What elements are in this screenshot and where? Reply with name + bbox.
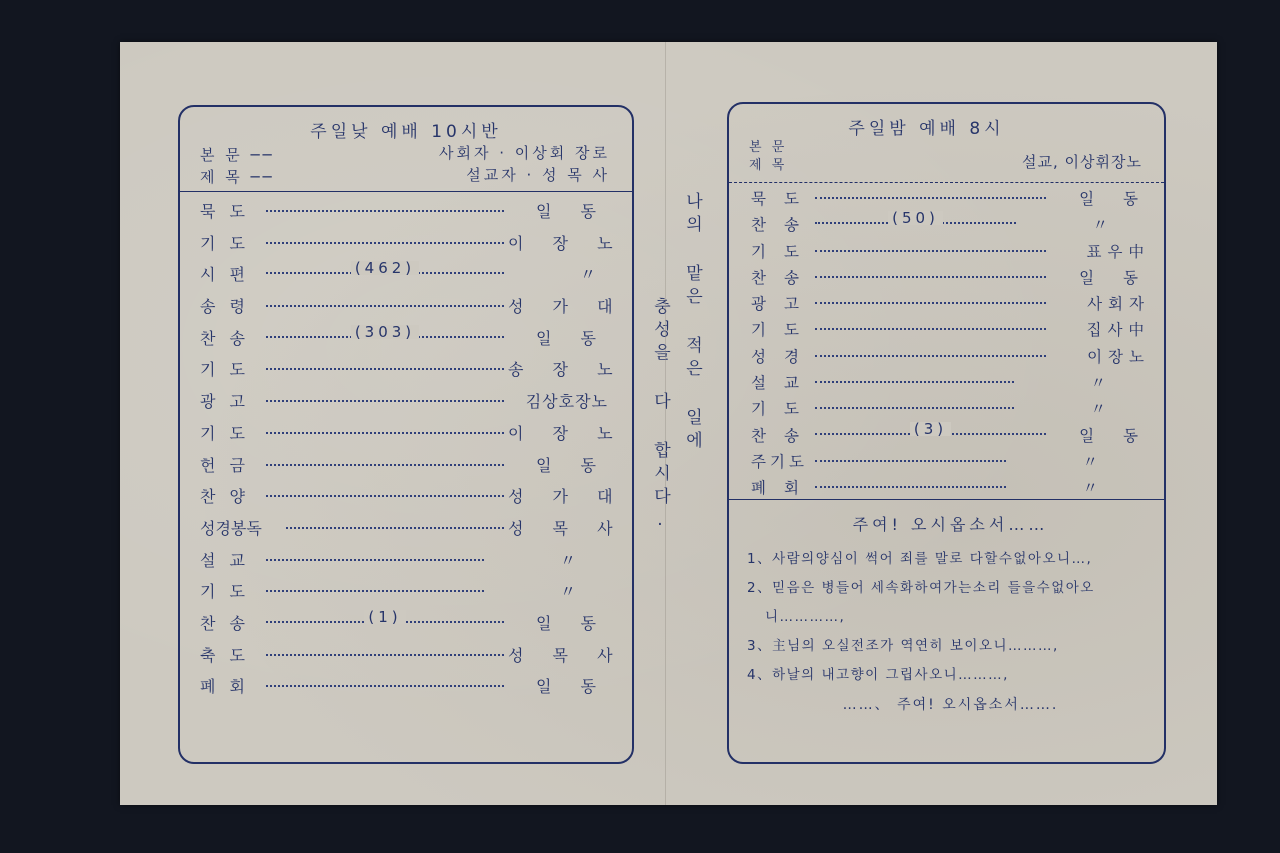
prayer-line: 4、하날의 내고향이 그립사오니………, <box>747 661 1154 690</box>
dotted-leader <box>266 432 504 434</box>
prayer-line: 니…………, <box>747 603 1154 632</box>
order-item: 설교〃 <box>200 545 608 577</box>
order-item: 설교〃 <box>751 370 1150 396</box>
order-item: 찬송(303)일 동 <box>200 323 608 355</box>
order-item: 헌금일 동 <box>200 450 608 482</box>
prayer-line: 1、사람의양심이 썩어 죄를 말로 다할수없아오니…, <box>747 545 1154 574</box>
order-item: 성경이장노 <box>751 344 1150 370</box>
order-item: 기도이 장 노 <box>200 418 608 450</box>
scripture-text-label: 본 문 <box>749 138 787 158</box>
order-item: 폐회일 동 <box>200 671 608 703</box>
order-item: 찬양성 가 대 <box>200 481 608 513</box>
dotted-leader: (1) <box>266 621 504 623</box>
presider-line: 사회자 · 이상회 장로 <box>439 143 610 163</box>
order-item: 시편(462)〃 <box>200 259 608 291</box>
dotted-leader <box>266 242 504 244</box>
order-item: 기도이 장 노 <box>200 228 608 260</box>
order-item: 찬송(50)〃 <box>751 212 1150 238</box>
dotted-leader <box>815 250 1046 252</box>
order-item: 찬송(3)일 동 <box>751 423 1150 449</box>
order-item: 기도〃 <box>200 576 608 608</box>
sermon-subject-label: 제 목 <box>749 156 787 176</box>
order-item: 찬송일 동 <box>751 265 1150 291</box>
prayer-title: 주여! 오시옵소서…… <box>747 512 1154 535</box>
order-item: 기도집사中 <box>751 317 1150 343</box>
evening-service-panel: 주일밤 예배 8시 본 문 제 목 설교, 이상휘장노 묵도일 동 찬송(50)… <box>727 102 1166 764</box>
dotted-leader <box>266 400 504 402</box>
prayer-line: 3、主님의 오실전조가 역연히 보이오니………, <box>747 632 1154 661</box>
dotted-leader <box>815 328 1046 330</box>
morning-service-panel: 주일낮 예배 10시반 본 문 ── 제 목 ── 사회자 · 이상회 장로 설… <box>178 105 634 764</box>
order-item: 기도송 장 노 <box>200 354 608 386</box>
order-item: 묵도일 동 <box>751 186 1150 212</box>
dotted-leader <box>266 210 504 212</box>
prayer-divider <box>729 499 1164 500</box>
order-item: 광고사회자 <box>751 291 1150 317</box>
dotted-leader: (462) <box>266 272 504 274</box>
bulletin-paper: 주일낮 예배 10시반 본 문 ── 제 목 ── 사회자 · 이상회 장로 설… <box>120 42 1217 805</box>
verse-line-2: 충성을 다 합시다. <box>648 297 673 536</box>
order-item: 찬송(1)일 동 <box>200 608 608 640</box>
order-item: 주기도〃 <box>751 449 1150 475</box>
order-item: 축도성 목 사 <box>200 640 608 672</box>
dotted-leader <box>815 460 1006 462</box>
dotted-leader <box>815 276 1046 278</box>
dotted-leader: (50) <box>815 222 1016 224</box>
dotted-leader <box>266 559 484 561</box>
order-item: 송령성 가 대 <box>200 291 608 323</box>
dotted-leader <box>266 495 504 497</box>
dotted-leader <box>815 302 1046 304</box>
preacher-line: 설교자 · 성 목 사 <box>466 165 610 185</box>
dotted-leader <box>286 527 504 529</box>
order-item: 폐회〃 <box>751 475 1150 501</box>
morning-order-of-service: 묵도일 동 기도이 장 노 시편(462)〃 송령성 가 대 찬송(303)일 … <box>200 196 608 703</box>
dotted-leader <box>266 685 504 687</box>
dotted-leader <box>815 197 1046 199</box>
dotted-leader: (3) <box>815 433 1046 435</box>
scripture-text-label: 본 문 ── <box>200 145 275 165</box>
header-divider <box>729 182 1164 183</box>
prayer-line: 2、믿음은 병들어 세속화하여가는소리 들을수없아오 <box>747 574 1154 603</box>
dotted-leader <box>266 305 504 307</box>
dotted-leader <box>266 654 504 656</box>
dotted-leader <box>266 368 504 370</box>
verse-line-1: 나의 맡은 적은 일에 <box>680 192 705 454</box>
evening-order-of-service: 묵도일 동 찬송(50)〃 기도표우中 찬송일 동 광고사회자 기도집사中 성경… <box>751 186 1150 502</box>
dotted-leader <box>266 590 484 592</box>
dotted-leader <box>815 407 1014 409</box>
preacher-line: 설교, 이상휘장노 <box>1022 152 1142 172</box>
dotted-leader <box>815 486 1006 488</box>
morning-service-title: 주일낮 예배 10시반 <box>180 117 632 142</box>
dotted-leader <box>815 381 1014 383</box>
sermon-subject-label: 제 목 ── <box>200 167 275 187</box>
dotted-leader <box>815 355 1046 357</box>
header-divider <box>180 191 632 192</box>
order-item: 기도〃 <box>751 396 1150 422</box>
order-item: 묵도일 동 <box>200 196 608 228</box>
order-item: 성경봉독성 목 사 <box>200 513 608 545</box>
order-item: 광고김상호장노 <box>200 386 608 418</box>
evening-service-title: 주일밤 예배 8시 <box>689 114 1164 139</box>
prayer-section: 주여! 오시옵소서…… 1、사람의양심이 썩어 죄를 말로 다할수없아오니…, … <box>747 512 1154 720</box>
dotted-leader <box>266 464 504 466</box>
order-item: 기도표우中 <box>751 239 1150 265</box>
dotted-leader: (303) <box>266 336 504 338</box>
prayer-closing: ……、 주여! 오시옵소서……. <box>747 690 1154 720</box>
